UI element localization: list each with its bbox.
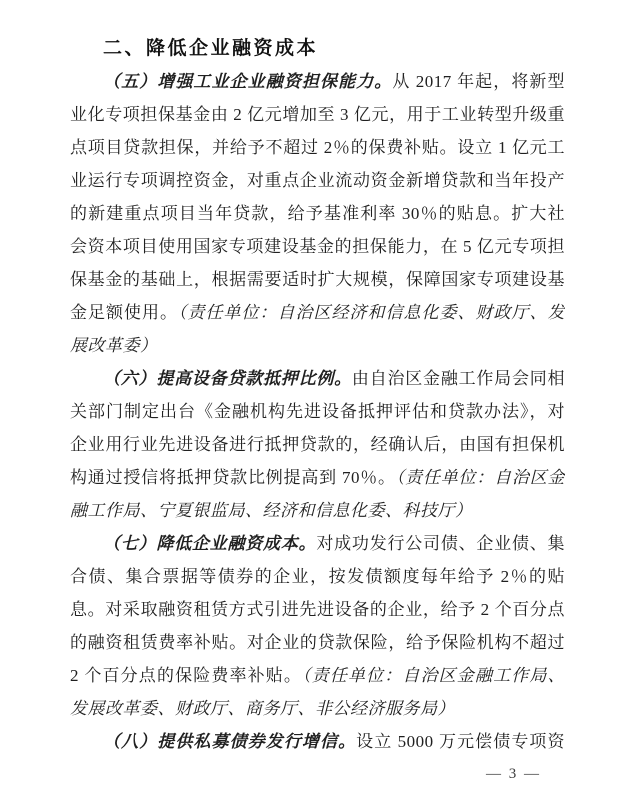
body-text: 企业用行业先进设备进行抵押贷款的，经确认后，由国有担保机 <box>70 435 565 454</box>
paragraph-lead-text: （五）增强工业企业融资担保能力。 <box>103 72 392 91</box>
body-text: 关部门制定出台《金融机构先进设备抵押评估和贷款办法》，对 <box>70 402 565 421</box>
body-text: 会资本项目使用国家专项建设基金的担保能力，在 5 亿元专项担 <box>70 237 565 256</box>
text-line: 发展改革委、财政厅、商务厅、非公经济服务局） <box>70 692 565 725</box>
text-line: 融工作局、宁夏银监局、经济和信息化委、科技厅） <box>70 494 565 527</box>
text-line: 关部门制定出台《金融机构先进设备抵押评估和贷款办法》，对 <box>70 395 565 428</box>
text-line: 展改革委） <box>70 329 565 362</box>
body-text: 由自治区金融工作局会同相 <box>352 369 565 388</box>
body-text: 对成功发行公司债、企业债、集 <box>316 534 565 553</box>
responsibility-unit-text: （责任单位：自治区金 <box>396 468 565 487</box>
body-text: 设立 5000 万元偿债专项资 <box>356 732 565 751</box>
document-body: 二、降低企业融资成本 （五）增强工业企业融资担保能力。从 2017 年起，将新型… <box>70 32 565 758</box>
responsibility-unit-text: （责任单位：自治区金融工作局、 <box>302 666 565 685</box>
body-text: 点项目贷款担保，并给予不超过 2％的保费补贴。设立 1 亿元工 <box>70 138 565 157</box>
text-line: （六）提高设备贷款抵押比例。由自治区金融工作局会同相 <box>70 362 565 395</box>
section-heading: 二、降低企业融资成本 <box>70 32 565 65</box>
paragraph-lead-text: （八）提供私募债券发行增信。 <box>103 732 356 751</box>
text-line: 的新建重点项目当年贷款，给予基准利率 30％的贴息。扩大社 <box>70 197 565 230</box>
body-text: 构通过授信将抵押贷款比例提高到 70％。 <box>70 468 396 487</box>
responsibility-unit-text: 融工作局、宁夏银监局、经济和信息化委、科技厅） <box>70 501 473 520</box>
paragraph-lead-text: （七）降低企业融资成本。 <box>103 534 316 553</box>
text-line: 企业用行业先进设备进行抵押贷款的，经确认后，由国有担保机 <box>70 428 565 461</box>
body-text: 金足额使用。 <box>70 303 178 322</box>
responsibility-unit-text: 展改革委） <box>70 336 158 355</box>
text-line: 业运行专项调控资金，对重点企业流动资金新增贷款和当年投产 <box>70 164 565 197</box>
body-text: 保基金的基础上，根据需要适时扩大规模，保障国家专项建设基 <box>70 270 565 289</box>
document-page: 二、降低企业融资成本 （五）增强工业企业融资担保能力。从 2017 年起，将新型… <box>0 0 633 800</box>
body-text: 息。对采取融资租赁方式引进先进设备的企业，给予 2 个百分点 <box>70 600 565 619</box>
body-text: 的新建重点项目当年贷款，给予基准利率 30％的贴息。扩大社 <box>70 204 565 223</box>
text-line: 构通过授信将抵押贷款比例提高到 70％。（责任单位：自治区金 <box>70 461 565 494</box>
text-line: （八）提供私募债券发行增信。设立 5000 万元偿债专项资 <box>70 725 565 758</box>
body-text: 业运行专项调控资金，对重点企业流动资金新增贷款和当年投产 <box>70 171 565 190</box>
text-line: 业化专项担保基金由 2 亿元增加至 3 亿元，用于工业转型升级重 <box>70 98 565 131</box>
text-line: （七）降低企业融资成本。对成功发行公司债、企业债、集 <box>70 527 565 560</box>
text-line: （五）增强工业企业融资担保能力。从 2017 年起，将新型工 <box>70 65 565 98</box>
body-text: 2 个百分点的保险费率补贴。 <box>70 666 302 685</box>
body-text: 合债、集合票据等债券的企业，按发债额度每年给予 2％的贴 <box>70 567 565 586</box>
page-number: — 3 — <box>486 766 541 783</box>
text-line: 息。对采取融资租赁方式引进先进设备的企业，给予 2 个百分点 <box>70 593 565 626</box>
paragraph-lead-text: （六）提高设备贷款抵押比例。 <box>103 369 352 388</box>
text-line: 2 个百分点的保险费率补贴。（责任单位：自治区金融工作局、 <box>70 659 565 692</box>
text-line: 的融资租赁费率补贴。对企业的贷款保险，给予保险机构不超过 <box>70 626 565 659</box>
body-text: 的融资租赁费率补贴。对企业的贷款保险，给予保险机构不超过 <box>70 633 565 652</box>
text-line: 点项目贷款担保，并给予不超过 2％的保费补贴。设立 1 亿元工 <box>70 131 565 164</box>
document-lines: （五）增强工业企业融资担保能力。从 2017 年起，将新型工业化专项担保基金由 … <box>70 65 565 758</box>
text-line: 会资本项目使用国家专项建设基金的担保能力，在 5 亿元专项担 <box>70 230 565 263</box>
body-text: 业化专项担保基金由 2 亿元增加至 3 亿元，用于工业转型升级重 <box>70 105 565 124</box>
text-line: 金足额使用。（责任单位：自治区经济和信息化委、财政厅、发 <box>70 296 565 329</box>
text-line: 保基金的基础上，根据需要适时扩大规模，保障国家专项建设基 <box>70 263 565 296</box>
responsibility-unit-text: 发展改革委、财政厅、商务厅、非公经济服务局） <box>70 699 455 718</box>
responsibility-unit-text: （责任单位：自治区经济和信息化委、财政厅、发 <box>178 303 565 322</box>
text-line: 合债、集合票据等债券的企业，按发债额度每年给予 2％的贴 <box>70 560 565 593</box>
